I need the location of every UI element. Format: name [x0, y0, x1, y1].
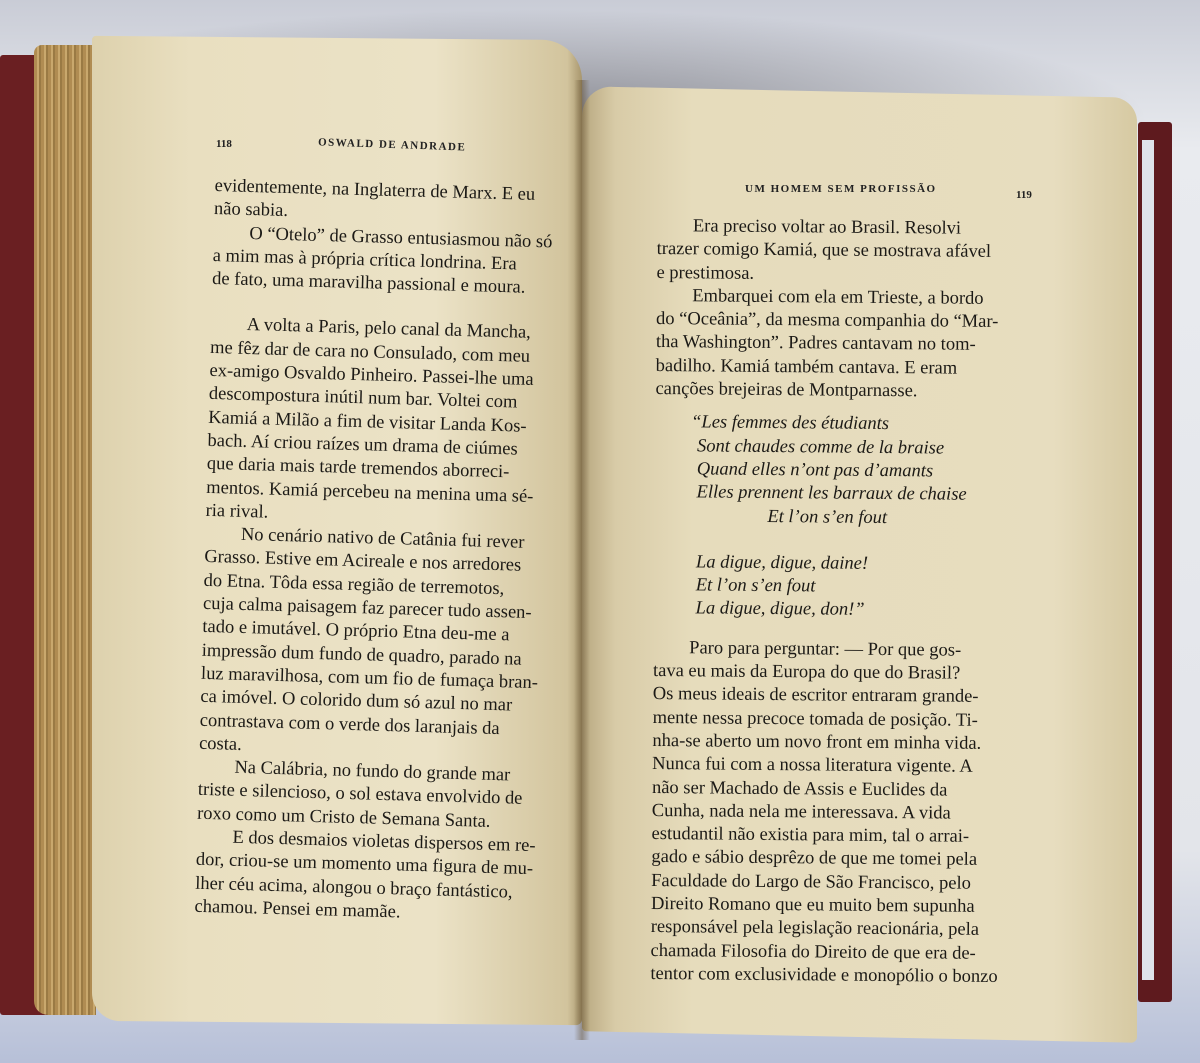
text-line: responsável pela legislação reacionária,…: [651, 916, 1031, 943]
right-page-number: 119: [1016, 189, 1032, 201]
verse-line: Quand elles n’ont pas d’amants: [655, 458, 1035, 485]
book-gutter: [574, 80, 590, 1040]
right-running-head: UM HOMEM SEM PROFISSÃO: [745, 183, 937, 195]
cover-inner-edge: [1142, 140, 1154, 980]
text-line: chamada Filosofia do Direito de que era …: [650, 940, 1030, 967]
verse-line: Et l’on s’en fout: [654, 505, 1034, 532]
text-line: canções brejeiras de Montparnasse.: [655, 378, 1035, 405]
text-line: não ser Machado de Assis e Euclides da: [652, 777, 1032, 804]
text-line: tha Washington”. Padres cantavam no tom-: [656, 331, 1036, 358]
left-page-text: evidentemente, na Inglaterra de Marx. E …: [194, 175, 575, 929]
text-line: Direito Romano que eu muito bem supunha: [651, 893, 1031, 920]
text-line: Paro para perguntar: — Por que gos-: [653, 637, 1033, 664]
left-page-number: 118: [216, 138, 232, 150]
verse-line: “Les femmes des étudiants: [655, 411, 1035, 438]
text-line: estudantil não existia para mim, tal o a…: [651, 823, 1031, 850]
page-block-edge: [34, 45, 96, 1015]
verse-line: La digue, digue, don!”: [653, 597, 1033, 624]
text-line: Os meus ideais de escritor entraram gran…: [653, 683, 1033, 710]
verse-line: Sont chaudes comme de la braise: [655, 435, 1035, 462]
text-line: Cunha, nada nela me interessava. A vida: [652, 800, 1032, 827]
text-line: Faculdade do Largo de São Francisco, pel…: [651, 870, 1031, 897]
text-line: Nunca fui com a nossa literatura vigente…: [652, 753, 1032, 780]
text-line: Embarquei com ela em Trieste, a bordo: [656, 285, 1036, 312]
verse-line: Elles prennent les barraux de chaise: [654, 481, 1034, 508]
text-line: badilho. Kamiá também cantava. E eram: [656, 355, 1036, 382]
verse-line: Et l’on s’en fout: [654, 574, 1034, 601]
song-verse: “Les femmes des étudiants Sont chaudes c…: [653, 411, 1035, 624]
text-line: nha-se aberto um novo front em minha vid…: [652, 730, 1032, 757]
text-line: tava eu mais da Europa do que do Brasil?: [653, 660, 1033, 687]
text-line: mente nessa precoce tomada de posição. T…: [653, 707, 1033, 734]
text-line: do “Oceânia”, da mesma companhia do “Mar…: [656, 308, 1036, 335]
text-line: e prestimosa.: [656, 262, 1036, 289]
text-line: gado e sábio desprêzo de que me tomei pe…: [651, 846, 1031, 873]
right-page-text: Era preciso voltar ao Brasil. Resolvi tr…: [650, 215, 1037, 989]
text-line: Era preciso voltar ao Brasil. Resolvi: [657, 215, 1037, 242]
text-line: trazer comigo Kamiá, que se mostrava afá…: [657, 238, 1037, 265]
text-line: tentor com exclusividade e monopólio o b…: [650, 963, 1030, 990]
verse-line: La digue, digue, daine!: [654, 551, 1034, 578]
